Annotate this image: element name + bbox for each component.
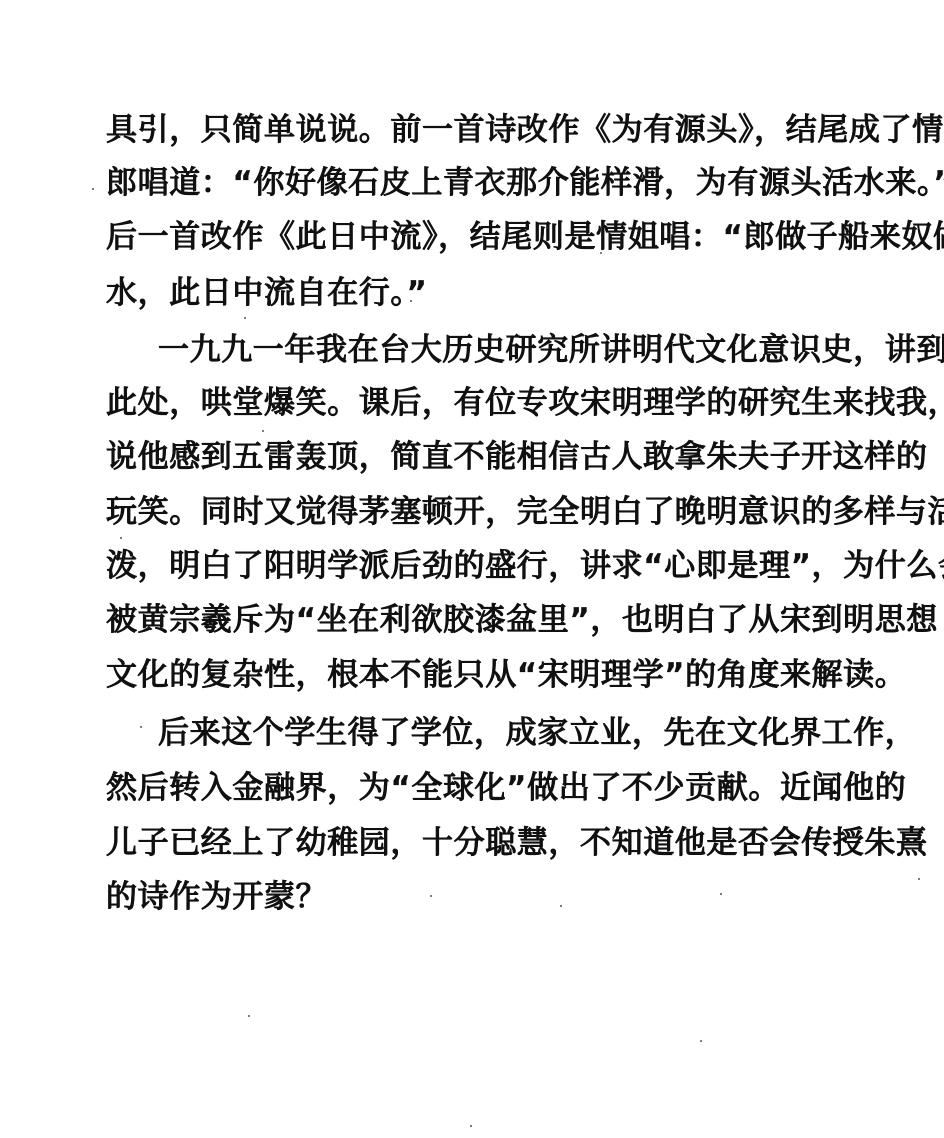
scan-speck [120,537,122,539]
scan-speck [430,895,432,897]
text-line: 的诗作为开蒙？ [106,877,858,917]
text-line: 泼，明白了阳明学派后劲的盛行，讲求“心即是理”，为什么会 [106,546,858,586]
text-line: 水，此日中流自在行。” [106,273,858,313]
text-line: 儿子已经上了幼稚园，十分聪慧，不知道他是否会传授朱熹 [106,823,858,863]
text-line: 此处，哄堂爆笑。课后，有位专攻宋明理学的研究生来找我， [106,383,858,423]
text-line: 郎唱道：“你好像石皮上青衣那介能样滑，为有源头活水来。” [106,163,858,203]
scan-speck [918,878,920,880]
text-line: 文化的复杂性，根本不能只从“宋明理学”的角度来解读。 [106,655,858,695]
text-line: 然后转入金融界，为“全球化”做出了不少贡献。近闻他的 [106,768,858,808]
scan-speck [92,188,94,190]
scan-speck [470,1125,472,1127]
scan-speck [140,726,142,728]
scan-speck [600,252,602,254]
scan-speck [720,893,722,895]
scan-speck [700,1040,702,1042]
scan-speck [410,300,412,302]
scan-speck [262,430,264,432]
text-line: 说他感到五雷轰顶，简直不能相信古人敢拿朱夫子开这样的 [106,437,858,477]
scan-speck [248,1015,250,1017]
text-line: 一九九一年我在台大历史研究所讲明代文化意识史，讲到 [158,330,858,370]
text-line: 被黄宗羲斥为“坐在利欲胶漆盆里”，也明白了从宋到明思想 [106,600,858,640]
text-line: 具引，只简单说说。前一首诗改作《为有源头》，结尾成了情 [106,110,858,150]
scan-speck [560,905,562,907]
text-line: 后来这个学生得了学位，成家立业，先在文化界工作， [158,713,858,753]
scanned-page: 具引，只简单说说。前一首诗改作《为有源头》，结尾成了情 郎唱道：“你好像石皮上青… [0,0,944,1138]
text-line: 后一首改作《此日中流》，结尾则是情姐唱：“郎做子船来奴做 [106,217,858,257]
scan-speck [244,317,246,319]
text-line: 玩笑。同时又觉得茅塞顿开，完全明白了晚明意识的多样与活 [106,492,858,532]
